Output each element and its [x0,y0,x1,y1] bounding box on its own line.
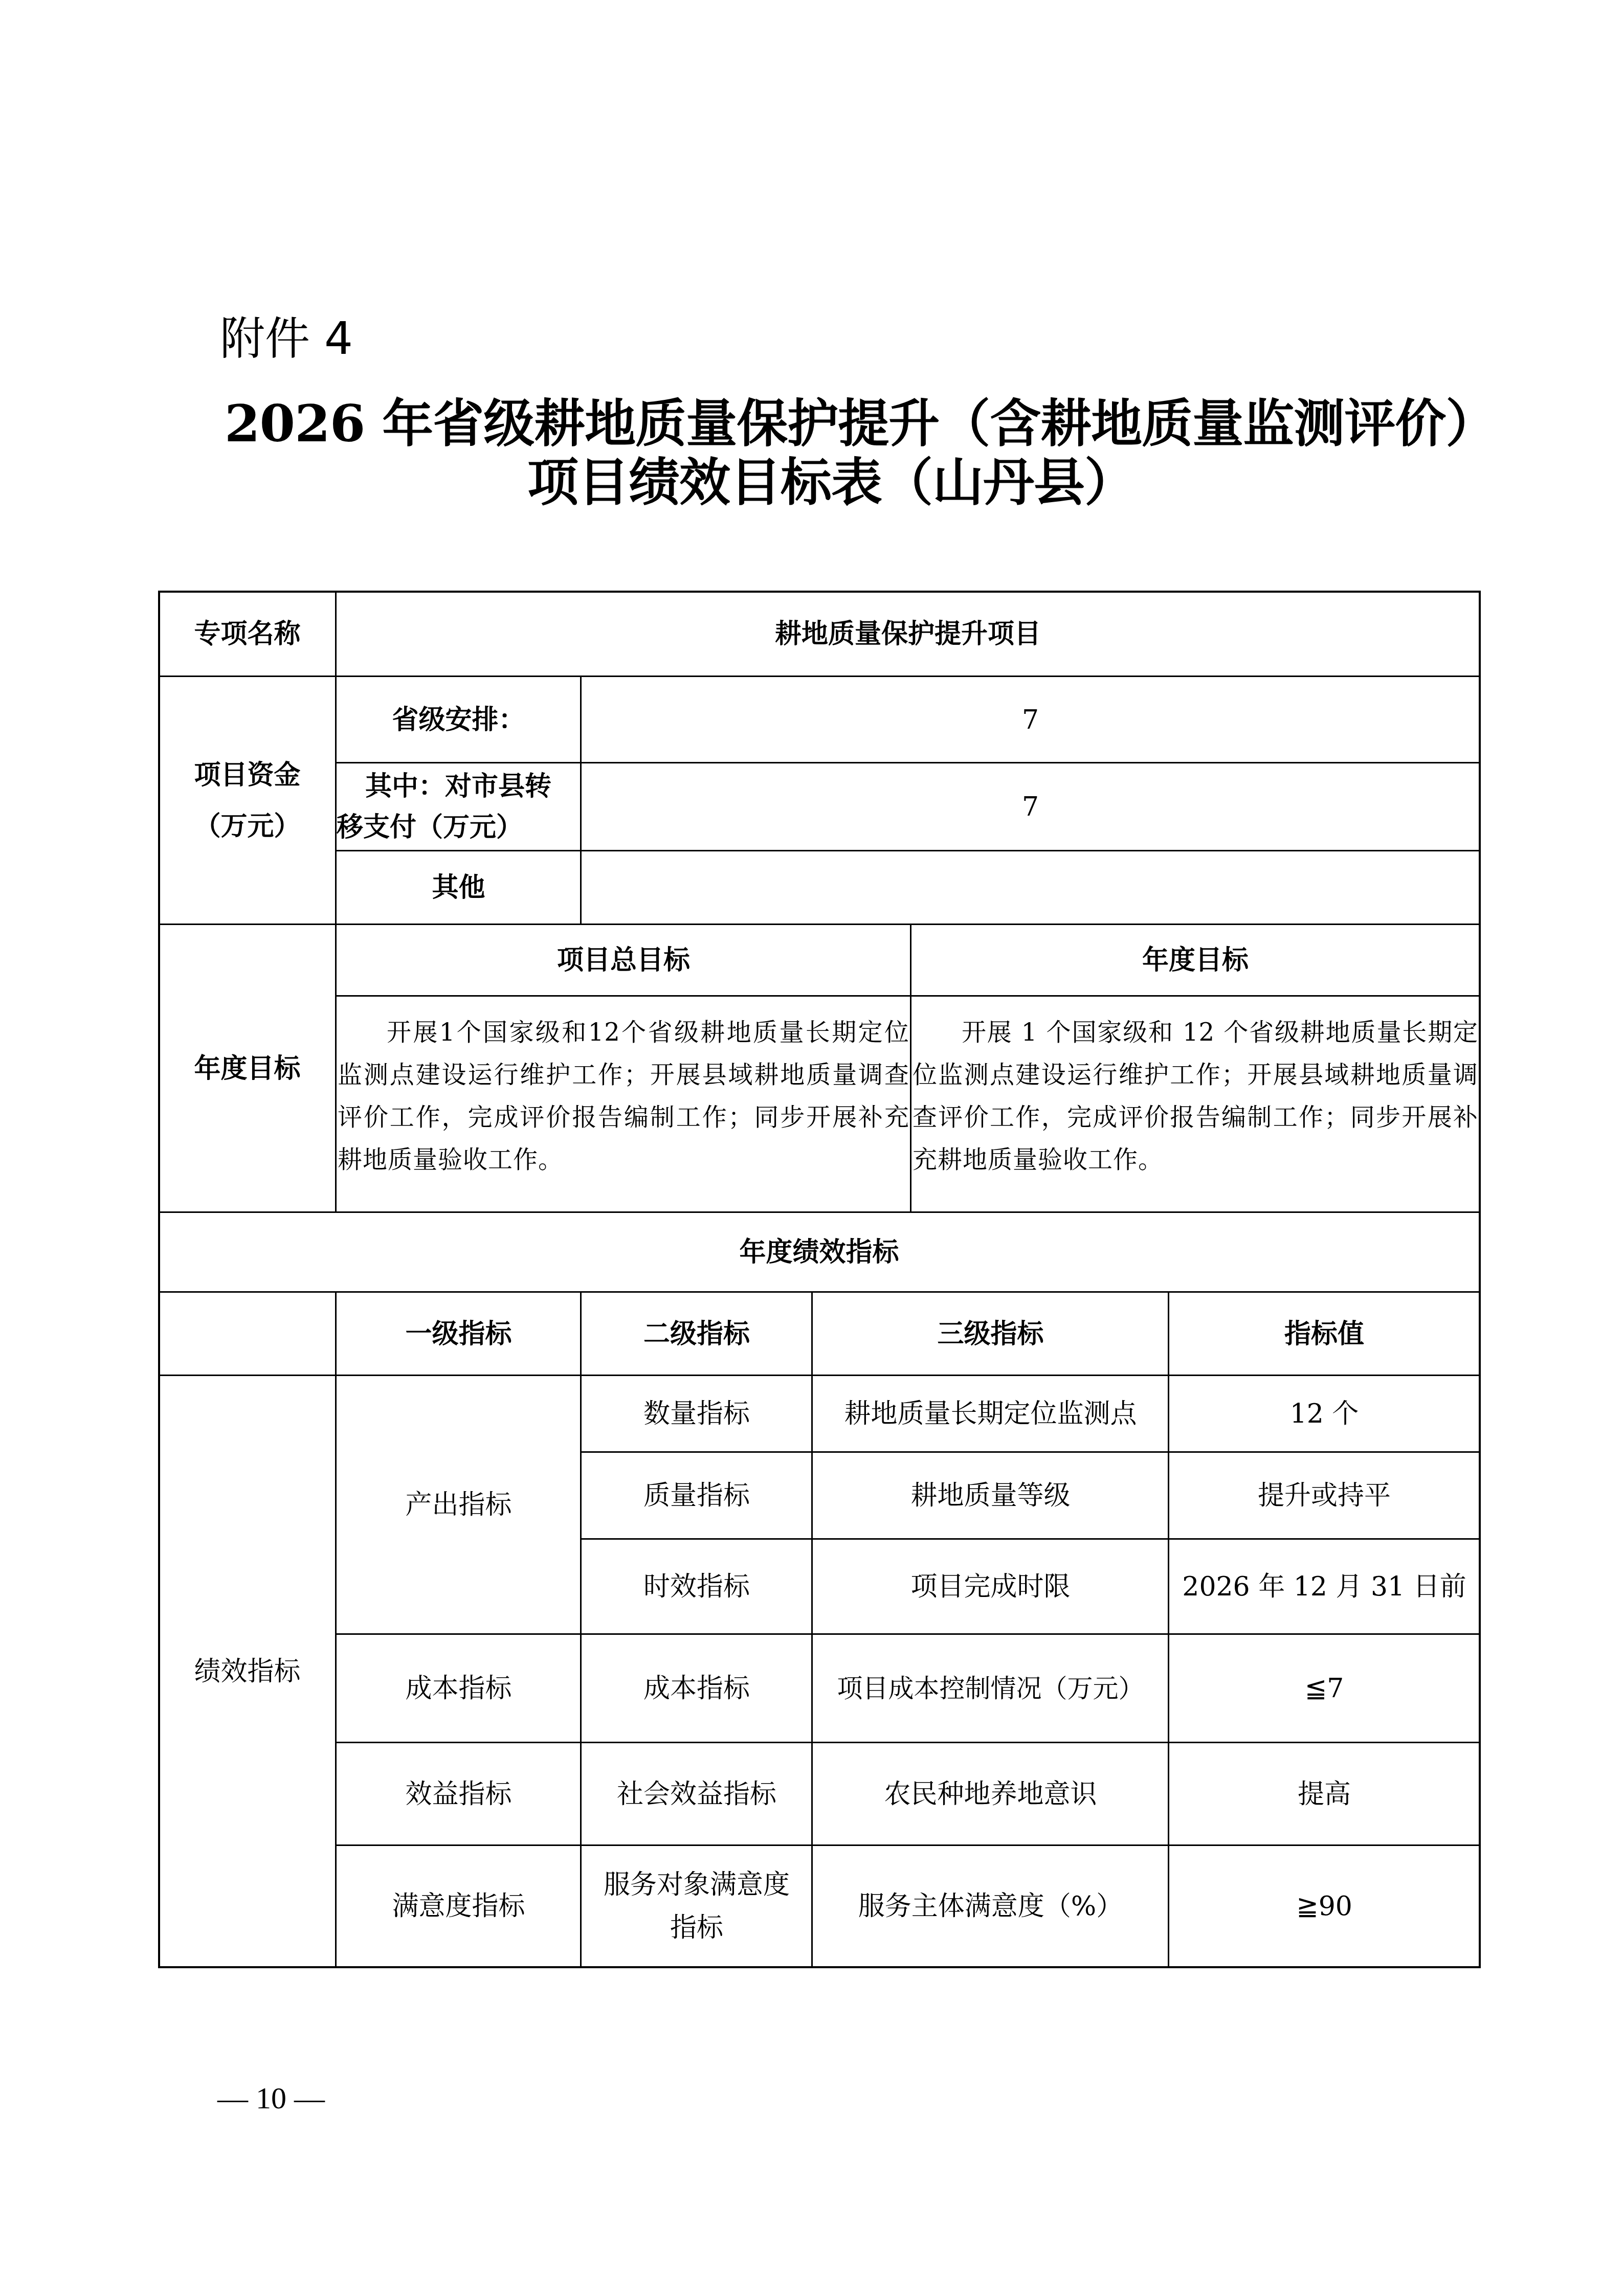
level2-service-satisfaction-line1: 服务对象满意度 [604,1863,790,1906]
level3-service-satisfaction: 服务主体满意度（%） [813,1846,1168,1967]
transfer-label-line2: 移支付（万元） [337,807,523,848]
level1-benefit: 效益指标 [337,1743,581,1845]
value-completion-deadline: 2026 年 12 月 31 日前 [1169,1540,1479,1634]
other-label: 其他 [337,851,581,924]
provincial-label: 省级安排： [337,677,581,762]
transfer-label-line1: 其中：对市县转 [337,766,551,807]
other-value [582,851,1479,924]
funds-label-line1: 项目资金 [194,750,300,801]
level3-quality-grade: 耕地质量等级 [813,1453,1168,1539]
project-name-value: 耕地质量保护提升项目 [337,592,1479,676]
header-blank [159,1293,336,1375]
header-level2: 二级指标 [582,1293,812,1375]
level3-completion-deadline: 项目完成时限 [813,1540,1168,1634]
value-service-satisfaction: ≧90 [1169,1846,1479,1967]
level3-cost-control: 项目成本控制情况（万元） [813,1635,1168,1742]
page-title-line2: 项目绩效目标表（山丹县） [527,452,1135,513]
transfer-label: 其中：对市县转 移支付（万元） [337,763,581,850]
attachment-label: 附件 4 [220,313,353,364]
funds-label: 项目资金 （万元） [159,677,336,924]
overall-goal-text: 开展1个国家级和12个省级耕地质量长期定位监测点建设运行维护工作；开展县域耕地质… [338,1011,909,1181]
annual-goal-header: 年度目标 [911,925,1479,996]
level3-monitoring-points: 耕地质量长期定位监测点 [813,1376,1168,1452]
performance-label: 绩效指标 [159,1376,336,1967]
page-number: — 10 — [217,2080,325,2116]
performance-section-title: 年度绩效指标 [159,1213,1479,1292]
level1-satisfaction: 满意度指标 [337,1846,581,1967]
level3-farmer-awareness: 农民种地养地意识 [813,1743,1168,1845]
header-level3: 三级指标 [813,1293,1168,1375]
value-monitoring-points: 12 个 [1169,1376,1479,1452]
level1-cost: 成本指标 [337,1635,581,1742]
level2-timeliness: 时效指标 [582,1540,812,1634]
level2-social-benefit: 社会效益指标 [582,1743,812,1845]
annual-goal-text: 开展 1 个国家级和 12 个省级耕地质量长期定位监测点建设运行维护工作；开展县… [913,1011,1478,1181]
level2-quality: 质量指标 [582,1453,812,1539]
level2-cost: 成本指标 [582,1635,812,1742]
provincial-value: 7 [582,677,1479,762]
value-cost-control: ≦7 [1169,1635,1479,1742]
level1-output: 产出指标 [337,1376,581,1634]
project-name-label: 专项名称 [159,592,336,676]
overall-goal-header: 项目总目标 [337,925,910,996]
page-title-line1: 2026 年省级耕地质量保护提升（含耕地质量监测评价） [225,393,1496,454]
value-quality-grade: 提升或持平 [1169,1453,1479,1539]
transfer-value: 7 [582,763,1479,850]
level2-service-satisfaction-line2: 指标 [670,1906,723,1949]
funds-label-line2: （万元） [194,801,300,852]
level2-service-satisfaction: 服务对象满意度 指标 [582,1846,812,1967]
value-farmer-awareness: 提高 [1169,1743,1479,1845]
level2-quantity: 数量指标 [582,1376,812,1452]
header-level1: 一级指标 [337,1293,581,1375]
annual-goal-label: 年度目标 [159,925,336,1212]
header-value: 指标值 [1169,1293,1479,1375]
